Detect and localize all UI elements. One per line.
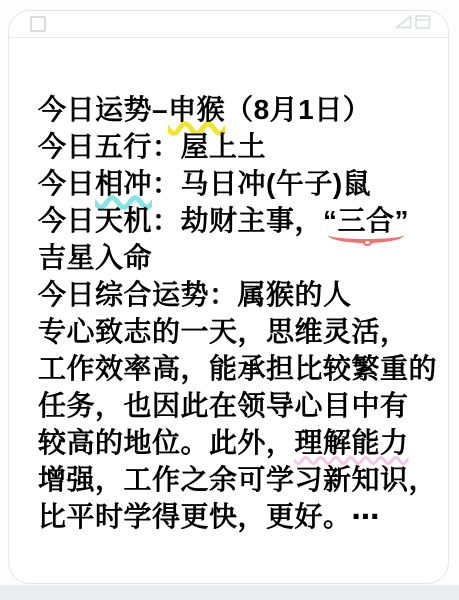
xiangchong-value: ：马日冲(午子)鼠 <box>152 168 371 199</box>
body-text-6: 比平时学得更快，更好。⋯ <box>38 501 380 532</box>
body-text-1: 专心致志的一天，思维灵活， <box>38 316 409 347</box>
image-card: 今日运势–申猴（8月1日） 今日五行：屋上土 今日相冲：马日冲(午子)鼠 今日天… <box>8 10 449 584</box>
body-text-2: 工作效率高，能承担比较繁重的 <box>38 353 437 384</box>
tianji-line: 今日天机：劫财主事，“三合” <box>38 202 434 239</box>
sanhe-text: “三合” <box>323 205 409 236</box>
window-icon[interactable] <box>415 15 431 34</box>
body-line-6: 比平时学得更快，更好。⋯ <box>38 498 434 535</box>
overall-fortune-text: 今日综合运势：属猴的人 <box>38 279 352 310</box>
body-line-4: 较高的地位。此外，理解能力 <box>38 424 434 461</box>
overall-fortune-line: 今日综合运势：属猴的人 <box>38 276 434 313</box>
screenshot-stage: 今日运势–申猴（8月1日） 今日五行：屋上土 今日相冲：马日冲(午子)鼠 今日天… <box>0 0 459 600</box>
jixing-text: 吉星入命 <box>38 242 152 273</box>
card-topbar <box>9 11 448 38</box>
title-date: （8月1日） <box>225 94 371 125</box>
body-text-4: 较高的地位。此外， <box>38 427 295 458</box>
body-text-3: 任务，也因此在领导心目中有 <box>38 390 409 421</box>
body-line-1: 专心致志的一天，思维灵活， <box>38 313 434 350</box>
lijie-highlight: 理解能力 <box>295 427 409 458</box>
triangle-icon[interactable] <box>395 15 412 34</box>
body-line-2: 工作效率高，能承担比较繁重的 <box>38 350 434 387</box>
wuxing-line: 今日五行：屋上土 <box>38 128 434 165</box>
jixing-line: 吉星入命 <box>38 239 434 276</box>
xiangchong-highlight: 相冲 <box>95 168 152 199</box>
zodiac-highlight: 申猴 <box>168 94 225 125</box>
tianji-prefix: 今日天机：劫财主事， <box>38 205 323 236</box>
bottom-background-strip <box>0 585 459 600</box>
xiangchong-prefix: 今日 <box>38 168 95 199</box>
wuxing-text: 今日五行：屋上土 <box>38 131 266 162</box>
fortune-text-block: 今日运势–申猴（8月1日） 今日五行：屋上土 今日相冲：马日冲(午子)鼠 今日天… <box>9 38 448 535</box>
body-line-5: 增强，工作之余可学习新知识， <box>38 461 434 498</box>
square-outline-icon[interactable] <box>30 16 46 32</box>
body-text-5: 增强，工作之余可学习新知识， <box>38 464 437 495</box>
topbar-right-icons <box>395 15 431 34</box>
title-line: 今日运势–申猴（8月1日） <box>38 91 434 128</box>
body-line-3: 任务，也因此在领导心目中有 <box>38 387 434 424</box>
title-prefix: 今日运势– <box>38 94 168 125</box>
sanhe-highlight: “三合” <box>323 202 409 239</box>
xiangchong-line: 今日相冲：马日冲(午子)鼠 <box>38 165 434 202</box>
